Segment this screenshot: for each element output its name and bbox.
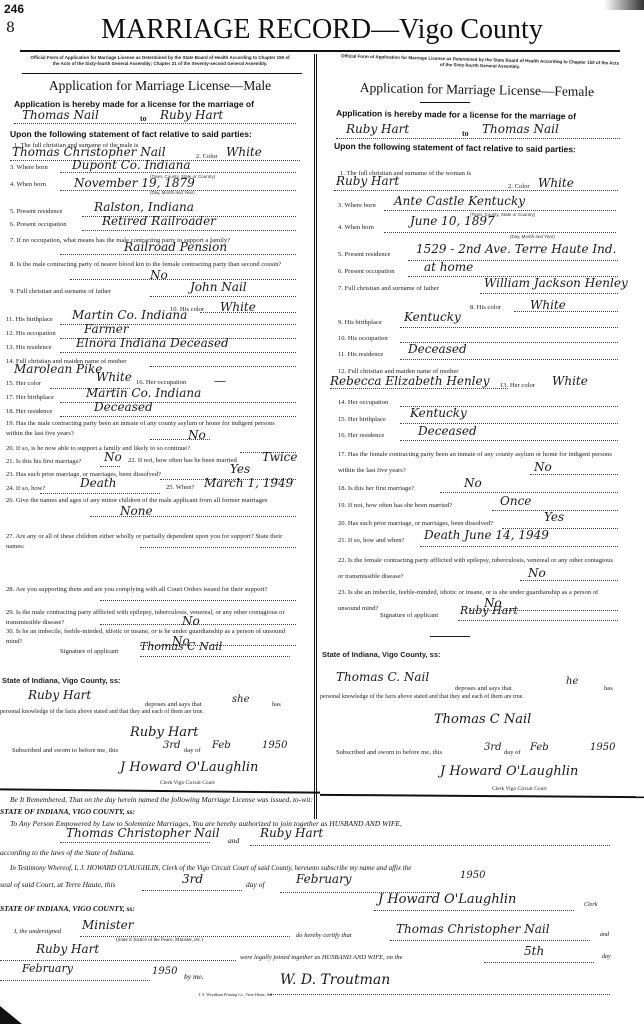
license-divider-left — [0, 788, 320, 793]
male-clerk-signature: J Howard O'Laughlin — [120, 760, 258, 775]
male-item-extra-label: 2. Color — [196, 153, 218, 160]
male-item-value: Dupont Co. Indiana — [72, 158, 190, 172]
female-affidavit-deponent: Thomas C. Nail — [336, 670, 429, 684]
certificate-bride: Ruby Hart — [36, 942, 99, 956]
male-item-extra-value: Twice — [262, 450, 298, 464]
male-item-label: 3. Where born — [10, 163, 48, 172]
male-clerk-title: Clerk Vigo Circuit Court — [160, 780, 215, 786]
female-item-value: No — [528, 566, 546, 580]
male-item-value: No — [104, 450, 122, 464]
male-affidavit-day: 3rd — [163, 740, 181, 751]
female-item-value: Yes — [544, 510, 564, 524]
male-item-line — [100, 466, 120, 467]
certificate-groom-line — [390, 940, 590, 941]
certificate-by-me: by me. — [184, 972, 204, 981]
male-item-line — [150, 366, 296, 367]
male-note-rule — [22, 73, 302, 74]
female-item-line — [400, 359, 618, 360]
male-party1: Thomas Nail — [22, 108, 99, 122]
license-bride: Ruby Hart — [260, 826, 323, 840]
certificate-year: 1950 — [152, 966, 177, 977]
license-bride-line — [250, 845, 610, 846]
female-item-value: No — [464, 476, 482, 490]
female-item-label: 8. His color — [470, 303, 501, 312]
female-item-value: Death June 14, 1949 — [424, 528, 549, 542]
male-item-label: 20. If so, is he now able to support a f… — [6, 444, 190, 453]
female-item-line — [530, 474, 618, 475]
male-item-label: 18. Her residence — [6, 407, 52, 416]
male-item-label: 19. Has the male contracting party been … — [6, 419, 290, 439]
license-seal: seal of said Court, at Terre Haute, this — [0, 880, 116, 889]
male-item-extra-label: 16. Her occupation — [136, 379, 186, 386]
license-year: 1950 — [460, 870, 485, 881]
certificate-day: 5th — [524, 944, 544, 958]
male-item-value: Deceased — [94, 400, 153, 414]
male-item-label: 4. When born — [10, 180, 46, 189]
male-item-value: John Nail — [190, 280, 247, 294]
male-item-value: Ralston, Indiana — [94, 200, 194, 214]
license-clerk-line — [374, 910, 574, 911]
certificate-joined: were legally joined together as HUSBAND … — [240, 954, 402, 961]
female-item-value: White — [530, 298, 566, 312]
female-item-value: Kentucky — [410, 406, 467, 420]
male-item-label: 17. Her birthplace — [6, 393, 54, 402]
male-item-label: 5. Present residence — [10, 207, 63, 216]
female-affidavit-knowledge: personal knowledge of the facts above st… — [320, 694, 524, 700]
male-item-line — [60, 416, 296, 417]
male-item-label: 11. His birthplace — [6, 315, 53, 324]
female-affidavit-sworn: Subscribed and sworn to before me, this — [336, 749, 442, 756]
female-item-label: 9. His birthplace — [338, 318, 382, 327]
male-heading: Application for Marriage License—Male — [10, 78, 310, 94]
male-affidavit-month: Feb — [212, 740, 231, 751]
male-item-value: Marolean Pike — [14, 362, 102, 376]
female-affidavit-deposes: deposes and says that — [455, 685, 512, 692]
male-item-label: 28. Are you supporting them and are you … — [6, 585, 290, 595]
license-day-line — [142, 890, 242, 891]
female-item-value: June 10, 1897 — [410, 214, 495, 228]
female-official-note: Official Form of Application for Marriag… — [340, 53, 620, 71]
female-intro: Application is hereby made for a license… — [336, 108, 636, 122]
certificate-groom: Thomas Christopher Nail — [396, 922, 550, 936]
female-item-value: Ante Castle Kentucky — [394, 194, 525, 208]
female-item-label: 16. Her residence — [338, 431, 384, 440]
male-affidavit-day-of: day of — [184, 747, 201, 754]
male-statement: Upon the following statement of fact rel… — [10, 129, 310, 139]
female-item-line — [440, 492, 618, 493]
license-day: 3rd — [182, 872, 203, 886]
certificate-officiant-signature: W. D. Troutman — [280, 972, 390, 988]
certificate-certify: do hereby certify that — [296, 932, 352, 939]
license-divider-right — [320, 794, 644, 798]
female-affidavit-state: State of Indiana, Vigo County, ss: — [322, 650, 440, 659]
license-groom-line — [60, 842, 210, 843]
male-affidavit-year: 1950 — [262, 740, 287, 751]
certificate-month-line — [0, 980, 150, 981]
female-signature-line — [458, 620, 618, 621]
male-item-line — [150, 296, 296, 297]
male-affidavit-signature: Ruby Hart — [130, 725, 199, 740]
male-official-note: Official Form of Application for Marriag… — [30, 55, 290, 66]
male-item-line — [60, 254, 296, 255]
female-item-extra-label: 2. Color — [508, 183, 530, 190]
page-corner-shadow — [604, 0, 644, 10]
male-item-label: 12. His occupation — [6, 329, 56, 338]
female-item-line — [420, 546, 618, 547]
female-item-label: 3. Where born — [338, 201, 376, 210]
male-affidavit-deponent: Ruby Hart — [28, 688, 91, 702]
female-item-value: No — [534, 460, 552, 474]
female-item-hint: (Day, Month and Year) — [510, 234, 555, 239]
male-item-label: 24. If so, how? — [6, 484, 45, 493]
female-item-extra-value: White — [538, 176, 574, 190]
license-clerk-signature: J Howard O'Laughlin — [378, 892, 516, 907]
male-affidavit-deposes: deposes and says that — [145, 701, 202, 708]
male-item-value: Death — [80, 476, 116, 490]
female-clerk-title: Clerk Vigo Circuit Court — [492, 786, 547, 792]
female-item-label: 15. Her birthplace — [338, 415, 386, 424]
female-item-label: 11. His residence — [338, 350, 383, 359]
female-item-value: Deceased — [418, 424, 477, 438]
male-item-value: Thomas Christopher Nail — [12, 145, 166, 159]
male-item-line — [82, 230, 296, 231]
title-rule — [20, 50, 620, 52]
male-parties-line — [14, 123, 296, 124]
male-item-label: 21. Is this his first marriage? — [6, 457, 81, 466]
male-item-value: White — [220, 300, 256, 314]
male-item-line — [60, 352, 296, 353]
female-parties-line — [336, 138, 620, 139]
female-item-value: Once — [500, 494, 531, 508]
male-to: to — [140, 114, 147, 123]
female-affidavit-month: Feb — [530, 742, 549, 753]
certificate-day-label: day — [602, 954, 611, 960]
female-item-value: Ruby Hart — [336, 174, 399, 188]
male-item-value: No — [150, 268, 168, 282]
male-item-extra-label: 22. If not, how often has he been marrie… — [128, 457, 237, 464]
female-statement: Upon the following statement of fact rel… — [334, 141, 634, 155]
female-item-value: William Jackson Henley — [484, 276, 628, 290]
male-item-line — [100, 600, 296, 601]
certificate-bride-line — [0, 960, 236, 961]
female-affidavit-day-of: day of — [504, 749, 521, 756]
female-item-label: 21. If so, how and when? — [338, 536, 404, 545]
female-affidavit-pronoun: he — [566, 676, 578, 687]
male-item-label: 15. Her color — [6, 379, 41, 388]
certificate-and: and — [600, 932, 609, 938]
female-item-label: 5. Present residence — [338, 250, 391, 259]
male-item-hint: (Day, Month and Year) — [150, 190, 195, 195]
license-testimony: In Testimony Whereof, I, J. HOWARD O'LAU… — [10, 864, 411, 872]
male-item-line — [140, 547, 296, 548]
column-divider — [314, 54, 319, 819]
male-item-value: None — [120, 504, 153, 518]
certificate-officiant-hint: (State if Justice of the Peace, Minister… — [116, 938, 203, 943]
female-item-label: 4. When born — [338, 223, 374, 232]
female-signature-label: Signature of applicant — [380, 612, 438, 619]
male-item-value: No — [188, 428, 206, 442]
license-state: STATE OF INDIANA, VIGO COUNTY, ss: — [0, 807, 135, 816]
female-item-label: 14. Her occupation — [338, 398, 388, 407]
certificate-officiant-line — [80, 936, 290, 937]
page-corner-dark — [0, 1006, 22, 1024]
male-party2: Ruby Hart — [160, 108, 223, 122]
female-item-value: at home — [424, 260, 473, 274]
female-item-label: 7. Full christian and surname of father — [338, 284, 439, 293]
female-item-label: 6. Present occupation — [338, 267, 395, 276]
female-item-value: Rebecca Elizabeth Henley — [330, 374, 489, 388]
female-signature: Ruby Hart — [460, 604, 518, 617]
male-affidavit-pronoun: she — [232, 694, 250, 705]
male-item-value: Martin Co. Indiana — [86, 386, 201, 400]
male-item-extra-label: 25. When? — [166, 484, 194, 491]
female-party1: Ruby Hart — [346, 122, 409, 136]
female-item-line — [384, 232, 616, 233]
male-item-value: White — [96, 370, 132, 384]
male-affidavit-state: State of Indiana, Vigo County, ss: — [2, 676, 120, 685]
female-item-label: 10. His occupation — [338, 334, 388, 343]
license-clerk-label: Clerk — [584, 902, 597, 908]
female-item-value: Deceased — [408, 342, 467, 356]
female-item-label: 18. Is this her first marriage? — [338, 484, 414, 493]
certificate-day-line — [484, 962, 594, 963]
male-item-value: Elnora Indiana Deceased — [76, 336, 229, 350]
certificate-printer: T. S. Woodburn Printing Co., Terre Haute… — [198, 992, 273, 997]
license-and: and — [228, 836, 239, 845]
female-item-extra-label: 13. Her color — [500, 382, 535, 389]
certificate-state: STATE OF INDIANA, VIGO COUNTY, ss: — [0, 904, 135, 913]
female-item-label: 19. If not, how often has she been marri… — [338, 501, 452, 510]
female-heading-rule — [420, 102, 470, 103]
male-item-value: No — [182, 614, 200, 628]
license-according: according to the laws of the State of In… — [0, 848, 135, 857]
female-heading: Application for Marriage License—Female — [322, 79, 632, 100]
male-item-line — [70, 279, 296, 280]
male-signature-line — [140, 656, 290, 657]
female-item-line — [330, 388, 508, 389]
male-signature-label: Signature of applicant — [60, 648, 118, 655]
female-item-line — [520, 580, 618, 581]
certificate-month: February — [22, 962, 73, 975]
female-item-extra-value: White — [552, 374, 588, 388]
male-affidavit-has: has — [272, 701, 281, 708]
female-to: to — [462, 129, 469, 138]
female-item-line — [400, 440, 618, 441]
male-item-extra-value: March 1, 1949 — [204, 476, 293, 490]
female-item-value: Kentucky — [404, 310, 461, 324]
male-item-label: 27. Are any or all of these children eit… — [6, 532, 290, 552]
male-item-line — [40, 493, 160, 494]
female-sig-rule — [430, 636, 470, 637]
male-item-label: 29. Is the male contracting party afflic… — [6, 608, 290, 628]
license-remembered: Be It Remembered, That on the day herein… — [10, 795, 313, 804]
male-item-value: November 19, 1879 — [74, 176, 195, 190]
female-item-line — [480, 293, 618, 294]
license-groom: Thomas Christopher Nail — [66, 826, 220, 840]
license-day-of: day of — [246, 880, 265, 889]
male-item-extra-value: White — [226, 145, 262, 159]
male-affidavit-knowledge: personal knowledge of the facts above st… — [0, 709, 204, 715]
female-clerk-signature: J Howard O'Laughlin — [440, 764, 578, 779]
male-item-line — [60, 172, 296, 173]
male-item-value: Farmer — [84, 322, 129, 336]
certificate-officiant-title: Minister — [82, 918, 134, 932]
male-item-value: Retired Railroader — [102, 214, 216, 228]
female-affidavit-day: 3rd — [484, 742, 502, 753]
female-item-line — [384, 210, 616, 211]
male-item-label: 9. Full christian and surname of father — [10, 287, 111, 296]
female-party2: Thomas Nail — [482, 122, 559, 136]
female-item-value: 1529 - 2nd Ave. Terre Haute Ind. — [416, 242, 616, 256]
male-item-extra-value: — — [214, 374, 226, 388]
male-item-value: Martin Co. Indiana — [72, 308, 187, 322]
male-item-label: 6. Present occupation — [10, 220, 67, 229]
page-title: MARRIAGE RECORD—Vigo County — [0, 14, 644, 46]
license-month: February — [296, 872, 352, 886]
female-affidavit-year: 1950 — [590, 742, 615, 753]
male-item-value: Yes — [230, 462, 250, 476]
male-item-label: 13. His residence — [6, 343, 52, 352]
female-affidavit-signature: Thomas C Nail — [434, 712, 531, 727]
male-item-value: Railroad Pension — [124, 240, 227, 254]
male-affidavit-sworn: Subscribed and sworn to before me, this — [12, 747, 118, 754]
male-signature: Thomas C Nail — [140, 640, 222, 653]
female-item-line — [400, 327, 618, 328]
female-item-label: 20. Has such prior marriage, or marriage… — [338, 519, 493, 528]
female-item-line — [334, 190, 618, 191]
certificate-undersigned: I, the undersigned — [14, 928, 61, 935]
certificate-officiant-line-sig — [270, 994, 610, 995]
female-affidavit-has: has — [604, 685, 613, 692]
